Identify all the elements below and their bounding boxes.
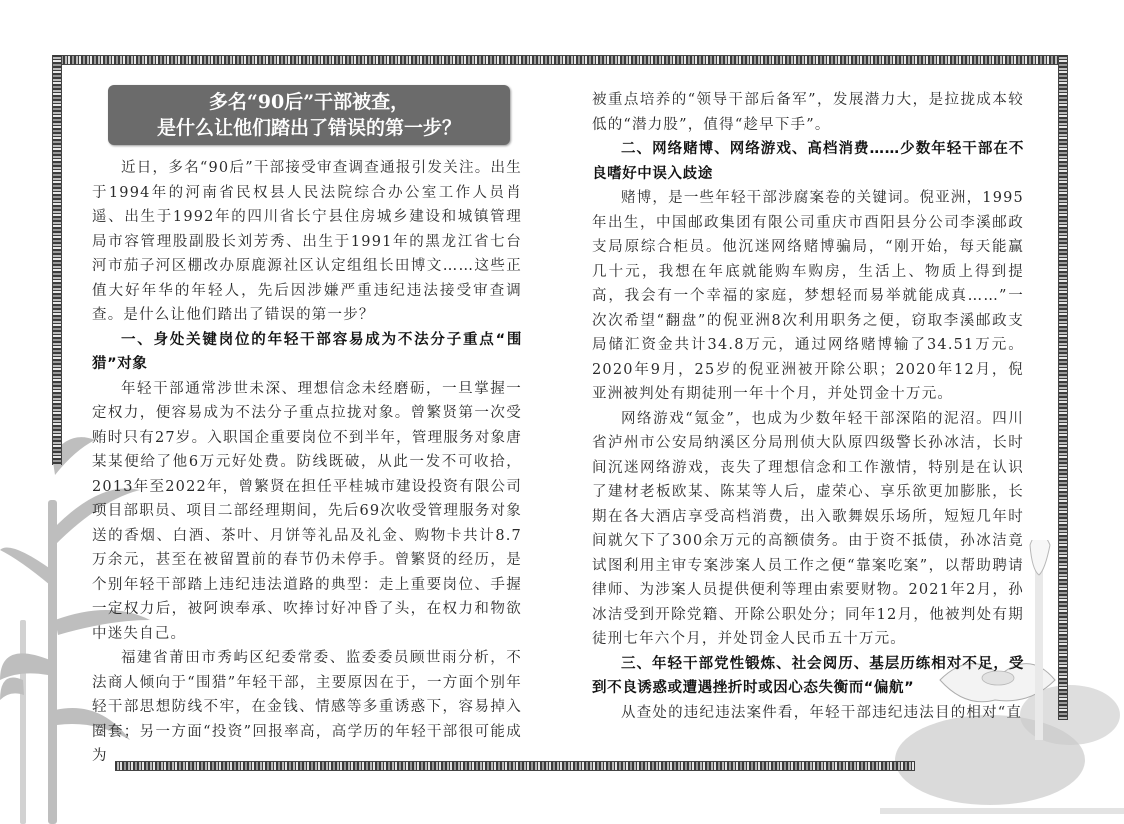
body-paragraph: 从查处的违纪违法案件看，年轻干部违纪违法目的相对“直 <box>592 701 1024 726</box>
body-paragraph: 福建省莆田市秀屿区纪委常委、监委委员顾世雨分析，不法商人倾向于“围猎”年轻干部，… <box>92 646 522 769</box>
right-border-ornament <box>1058 55 1068 720</box>
section-heading-2: 二、网络赌博、网络游戏、高档消费……少数年轻干部在不良嗜好中误入歧途 <box>592 137 1024 186</box>
intro-paragraph: 近日，多名“90后”干部接受审查调查通报引发关注。出生于1994年的河南省民权县… <box>92 156 522 328</box>
top-border-ornament <box>52 55 1067 65</box>
left-text-column: 近日，多名“90后”干部接受审查调查通报引发关注。出生于1994年的河南省民权县… <box>92 156 522 769</box>
left-border-ornament <box>52 55 62 465</box>
article-title-line-2: 是什么让他们踏出了错误的第一步？ <box>108 115 510 141</box>
article-title-line-1: 多名“90后”干部被查， <box>108 89 510 115</box>
right-text-column: 被重点培养的“领导干部后备军”，发展潜力大，是拉拢成本较低的“潜力股”，值得“趁… <box>592 88 1024 725</box>
section-heading-1: 一、身处关键岗位的年轻干部容易成为不法分子重点“围猎”对象 <box>92 328 522 377</box>
body-paragraph: 赌博，是一些年轻干部涉腐案卷的关键词。倪亚洲，1995年出生，中国邮政集团有限公… <box>592 186 1024 407</box>
section-heading-3: 三、年轻干部党性锻炼、社会阅历、基层历练相对不足，受到不良诱惑或遭遇挫折时或因心… <box>592 652 1024 701</box>
body-paragraph: 网络游戏“氪金”，也成为少数年轻干部深陷的泥沼。四川省泸州市公安局纳溪区分局刑侦… <box>592 407 1024 652</box>
body-paragraph: 年轻干部通常涉世未深、理想信念未经磨砺，一旦掌握一定权力，便容易成为不法分子重点… <box>92 377 522 647</box>
continued-paragraph: 被重点培养的“领导干部后备军”，发展潜力大，是拉拢成本较低的“潜力股”，值得“趁… <box>592 88 1024 137</box>
article-title-box: 多名“90后”干部被查， 是什么让他们踏出了错误的第一步？ <box>108 85 510 145</box>
